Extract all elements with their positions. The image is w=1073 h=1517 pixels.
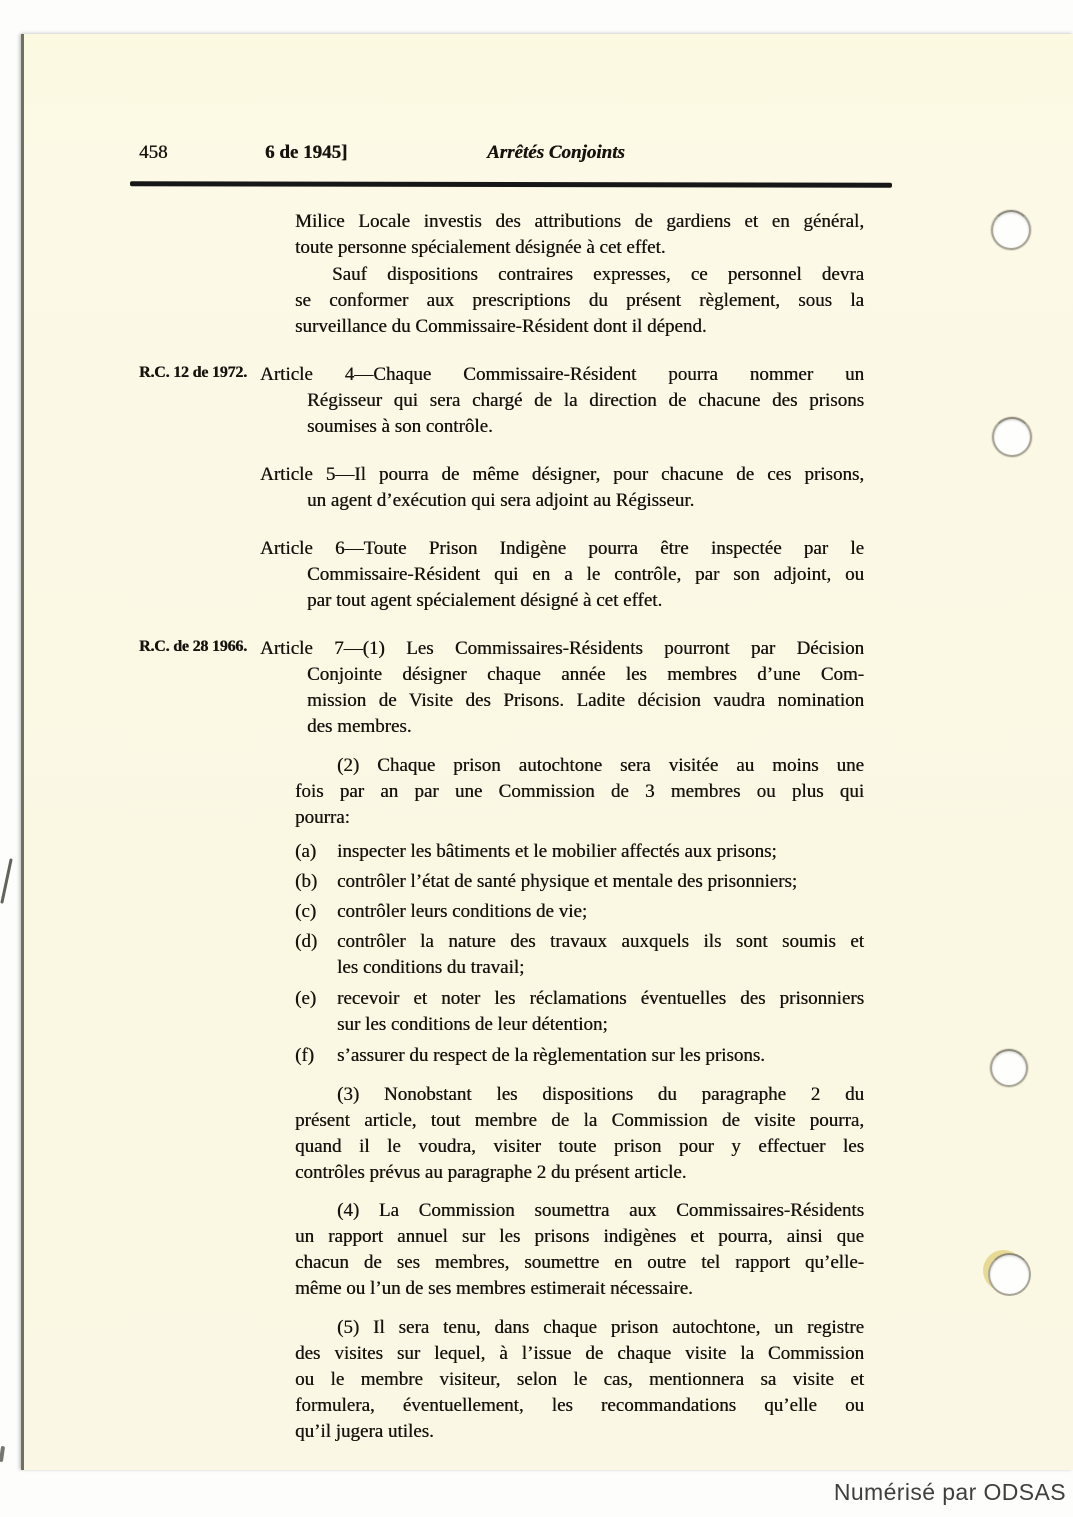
punch-hole bbox=[988, 1253, 1031, 1296]
article-4-text: Article 4—Chaque Commissaire-Résident po… bbox=[260, 362, 864, 440]
article-4: R.C. 12 de 1972. Article 4—Chaque Commis… bbox=[260, 362, 864, 440]
list-label-c: (c) bbox=[295, 899, 316, 925]
article-7-text: Article 7—(1) Les Commissaires-Résidents… bbox=[260, 636, 864, 740]
list-item-d-text: contrôler la nature des travaux auxquels… bbox=[337, 929, 864, 981]
scan-mark-bottom-edge bbox=[0, 1446, 5, 1462]
article-7: R.C. de 28 1966. Article 7—(1) Les Commi… bbox=[260, 636, 864, 740]
list-label-d: (d) bbox=[295, 929, 317, 955]
list-item-a-text: inspecter les bâtiments et le mobilier a… bbox=[337, 839, 864, 865]
article-5-text: Article 5—Il pourra de même désigner, po… bbox=[260, 462, 864, 514]
page-number: 458 bbox=[139, 140, 168, 166]
list-label-a: (a) bbox=[295, 839, 316, 865]
list-label-f: (f) bbox=[295, 1043, 314, 1069]
running-title: Arrêtés Conjoints bbox=[487, 140, 625, 166]
article-6: Article 6—Toute Prison Indigène pourra ê… bbox=[260, 536, 864, 614]
scanned-page: 458 6 de 1945] Arrêtés Conjoints Milice … bbox=[21, 34, 1073, 1470]
paragraph-2: (2) Chaque prison autochtone sera visité… bbox=[295, 753, 864, 831]
list-item-f-text: s’assurer du respect de la règlementatio… bbox=[337, 1043, 864, 1069]
paragraph-5: (5) Il sera tenu, dans chaque prison aut… bbox=[295, 1315, 864, 1445]
text-column: Milice Locale investis des attributions … bbox=[260, 209, 864, 1445]
list-label-b: (b) bbox=[295, 869, 317, 895]
list-label-e: (e) bbox=[295, 986, 316, 1012]
punch-hole bbox=[991, 210, 1031, 250]
list-item-e-text: recevoir et noter les réclamations évent… bbox=[337, 986, 864, 1038]
scan-credit: Numérisé par ODSAS bbox=[834, 1479, 1066, 1506]
paragraph-intro-continuation: Milice Locale investis des attributions … bbox=[295, 209, 864, 261]
list-item-c: (c) contrôler leurs conditions de vie; bbox=[295, 899, 864, 925]
article-5: Article 5—Il pourra de même désigner, po… bbox=[260, 462, 864, 514]
list-item-b-text: contrôler l’état de santé physique et me… bbox=[337, 869, 864, 895]
header-rule bbox=[130, 181, 892, 188]
scan-mark-left-edge bbox=[0, 858, 12, 904]
punch-hole bbox=[992, 417, 1032, 457]
list-item-c-text: contrôler leurs conditions de vie; bbox=[337, 899, 864, 925]
paragraph-3: (3) Nonobstant les dispositions du parag… bbox=[295, 1082, 864, 1186]
article-6-text: Article 6—Toute Prison Indigène pourra ê… bbox=[260, 536, 864, 614]
list-item-f: (f) s’assurer du respect de la règlement… bbox=[295, 1043, 864, 1069]
paragraph-intro-sauf: Sauf dispositions contraires expresses, … bbox=[295, 262, 864, 340]
list-item-a: (a) inspecter les bâtiments et le mobili… bbox=[295, 839, 864, 865]
list-item-d: (d) contrôler la nature des travaux auxq… bbox=[295, 929, 864, 981]
header-volume-ref: 6 de 1945] bbox=[265, 140, 347, 166]
paragraph-4: (4) La Commission soumettra aux Commissa… bbox=[295, 1198, 864, 1302]
margin-note-rc-28-1966: R.C. de 28 1966. bbox=[139, 637, 247, 656]
list-item-e: (e) recevoir et noter les réclamations é… bbox=[295, 986, 864, 1038]
margin-note-rc-12-1972: R.C. 12 de 1972. bbox=[139, 363, 247, 382]
page-header: 458 6 de 1945] Arrêtés Conjoints bbox=[24, 140, 1073, 168]
punch-hole bbox=[990, 1049, 1028, 1087]
list-item-b: (b) contrôler l’état de santé physique e… bbox=[295, 869, 864, 895]
